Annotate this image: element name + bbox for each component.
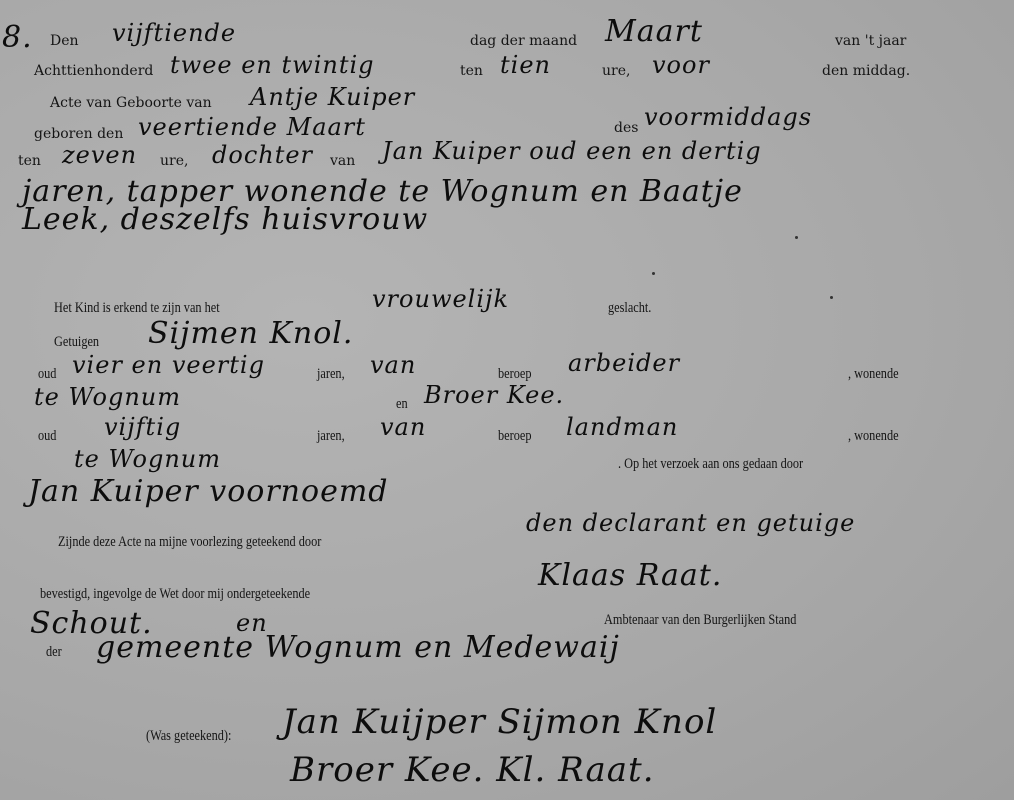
witness1-occupation-handwritten: arbeider (568, 350, 680, 376)
label-ambtenaar: Ambtenaar van den Burgerlijken Stand (604, 612, 796, 628)
witness2-name-handwritten: Broer Kee. (424, 382, 564, 408)
label-van-t-jaar: van 't jaar (835, 33, 906, 49)
label-wonende: , wonende (848, 366, 899, 382)
label-van: van (330, 153, 355, 169)
witness2-age-handwritten: vijftig (104, 414, 181, 440)
witness1-van-handwritten: van (370, 352, 416, 378)
label-zijnde-deze-acte: Zijnde deze Acte na mijne voorlezing get… (58, 534, 321, 550)
month-handwritten: Maart (605, 16, 703, 48)
label-wonende-2: , wonende (848, 428, 899, 444)
witness1-age-handwritten: vier en veertig (72, 352, 265, 378)
label-den: Den (50, 33, 79, 49)
label-op-het-verzoek: . Op het verzoek aan ons gedaan door (618, 456, 803, 472)
ink-speck (830, 296, 833, 299)
requester-handwritten: Jan Kuiper voornoemd (28, 476, 388, 508)
label-en: en (396, 396, 408, 412)
witness2-van-handwritten: van (380, 414, 426, 440)
label-der: der (46, 644, 62, 660)
part-of-day-handwritten: voormiddags (644, 104, 812, 130)
label-oud-2: oud (38, 428, 56, 444)
label-jaren: jaren, (317, 366, 345, 382)
label-ten-2: ten (18, 153, 41, 169)
sex-handwritten: vrouwelijk (372, 286, 509, 312)
label-ure-2: ure, (160, 153, 188, 169)
child-name-handwritten: Antje Kuiper (250, 84, 415, 110)
ink-speck (795, 236, 798, 239)
label-geslacht: geslacht. (608, 300, 651, 316)
label-was-geteekend: (Was geteekend): (146, 728, 231, 744)
record-number: 8. (2, 22, 33, 54)
witness2-place-handwritten: te Wognum (74, 446, 221, 472)
label-geboren-den: geboren den (34, 126, 123, 142)
father-handwritten: Jan Kuiper oud een en dertig (382, 138, 762, 164)
label-getuigen: Getuigen (54, 334, 99, 350)
label-jaren-2: jaren, (317, 428, 345, 444)
witness2-occupation-handwritten: landman (566, 414, 678, 440)
label-den-middag: den middag. (822, 63, 910, 79)
label-bevestigd: bevestigd, ingevolge de Wet door mij ond… (40, 586, 310, 602)
signatures-line2-handwritten: Broer Kee. Kl. Raat. (290, 752, 655, 788)
label-acte-van-geboorte: Acte van Geboorte van (50, 95, 212, 111)
mother-line-handwritten: Leek, deszelfs huisvrouw (22, 204, 428, 236)
label-ure: ure, (602, 63, 630, 79)
official-name-handwritten: Klaas Raat. (538, 560, 722, 592)
birth-record-page: 8. Den vijftiende dag der maand Maart va… (0, 0, 1014, 800)
witness1-name-handwritten: Sijmen Knol. (148, 318, 353, 350)
day-handwritten: vijftiende (112, 20, 236, 46)
label-dag-der-maand: dag der maand (470, 33, 577, 49)
label-beroep: beroep (498, 366, 531, 382)
label-ten: ten (460, 63, 483, 79)
birth-date-handwritten: veertiende Maart (138, 114, 366, 140)
witness1-place-handwritten: te Wognum (34, 384, 181, 410)
label-achttienhonderd: Achttienhonderd (34, 63, 153, 79)
time-handwritten: voor (652, 52, 710, 78)
label-beroep-2: beroep (498, 428, 531, 444)
label-oud: oud (38, 366, 56, 382)
year-handwritten: twee en twintig (170, 52, 375, 78)
signatures-line1-handwritten: Jan Kuijper Sijmon Knol (282, 704, 717, 740)
birth-hour-handwritten: zeven (62, 142, 137, 168)
municipality-handwritten: gemeente Wognum en Medewaij (96, 632, 620, 664)
ink-speck (652, 272, 655, 275)
label-het-kind: Het Kind is erkend te zijn van het (54, 300, 220, 316)
hour-handwritten: tien (500, 52, 551, 78)
relation-handwritten: dochter (212, 142, 313, 168)
signed-by-handwritten: den declarant en getuige (526, 510, 855, 536)
label-des: des (614, 120, 638, 136)
